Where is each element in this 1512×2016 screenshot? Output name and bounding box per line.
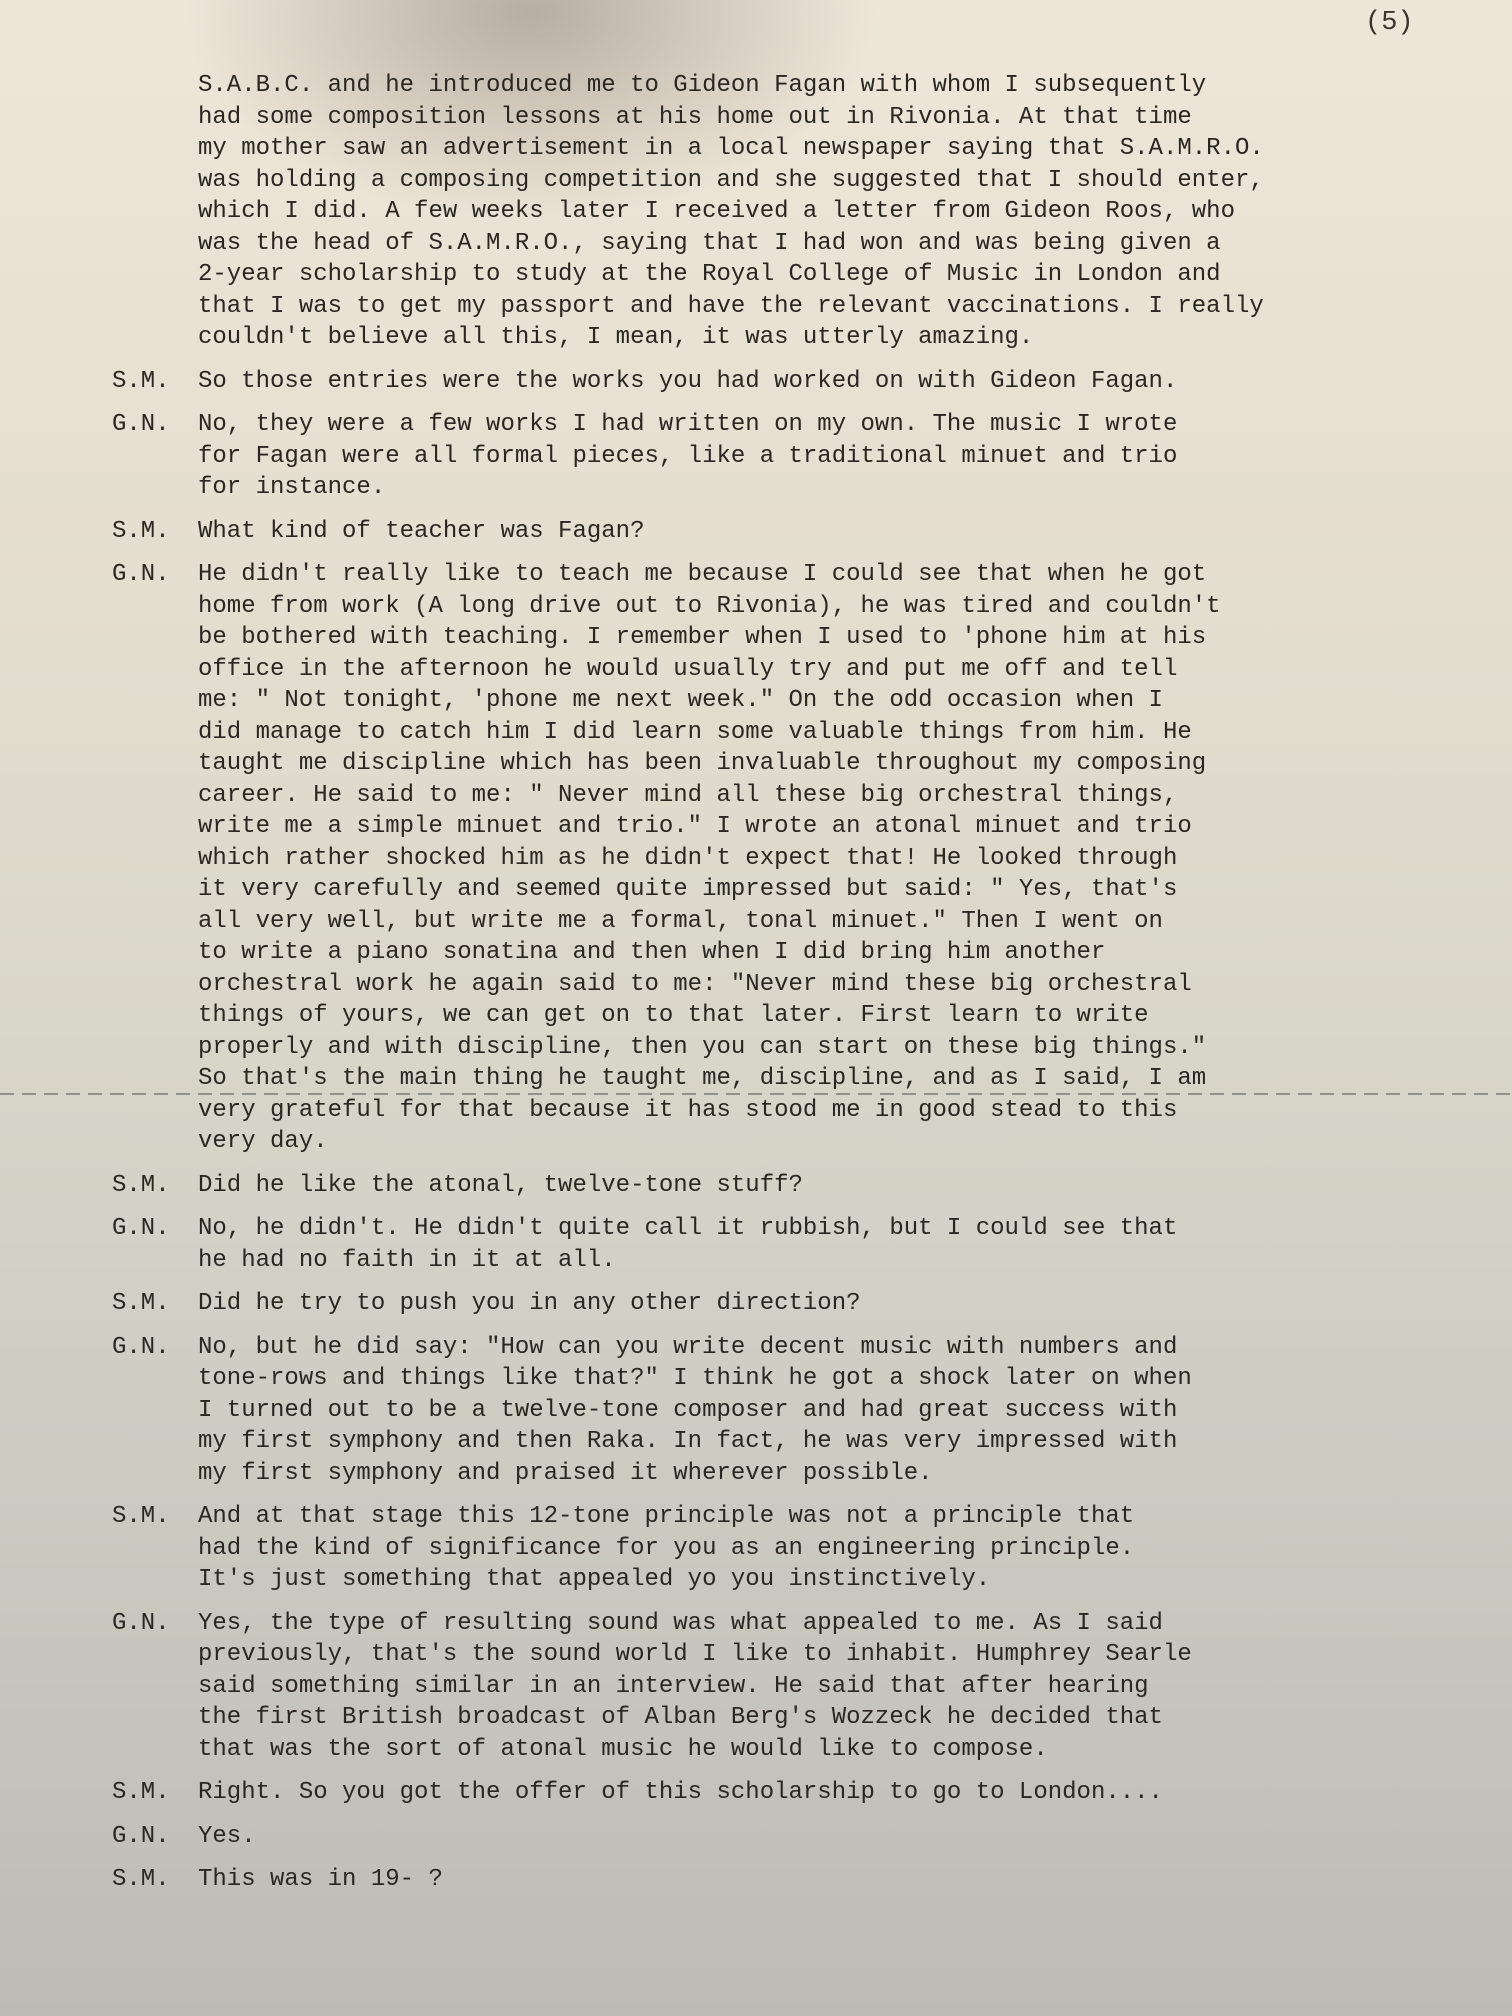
speaker-label: S.M. — [112, 516, 198, 548]
transcript-entry: S.M.And at that stage this 12-tone princ… — [112, 1501, 1452, 1596]
speaker-label: S.M. — [112, 1288, 198, 1320]
entry-text: What kind of teacher was Fagan? — [198, 516, 644, 548]
speaker-label: G.N. — [112, 1821, 198, 1853]
speaker-label: G.N. — [112, 1332, 198, 1490]
transcript-entry: G.N.He didn't really like to teach me be… — [112, 559, 1452, 1158]
transcript-entry: S.M.Did he try to push you in any other … — [112, 1288, 1452, 1320]
entry-text: S.A.B.C. and he introduced me to Gideon … — [198, 70, 1264, 354]
speaker-label: S.M. — [112, 1170, 198, 1202]
transcript-entry: S.M.So those entries were the works you … — [112, 366, 1452, 398]
transcript-entry: G.N.Yes, the type of resulting sound was… — [112, 1608, 1452, 1766]
transcript-entry: S.M.Did he like the atonal, twelve-tone … — [112, 1170, 1452, 1202]
page-number: (5) — [1365, 8, 1414, 38]
speaker-label: G.N. — [112, 559, 198, 1158]
transcript-entry: G.N.Yes. — [112, 1821, 1452, 1853]
entry-text: No, they were a few works I had written … — [198, 409, 1177, 504]
transcript-entry: S.M.Right. So you got the offer of this … — [112, 1777, 1452, 1809]
transcript: S.A.B.C. and he introduced me to Gideon … — [112, 70, 1452, 1908]
entry-text: And at that stage this 12-tone principle… — [198, 1501, 1134, 1596]
entry-text: No, he didn't. He didn't quite call it r… — [198, 1213, 1177, 1276]
entry-text: Did he try to push you in any other dire… — [198, 1288, 861, 1320]
entry-text: Yes. — [198, 1821, 256, 1853]
speaker-label: G.N. — [112, 409, 198, 504]
transcript-entry: G.N.No, but he did say: "How can you wri… — [112, 1332, 1452, 1490]
entry-text: Did he like the atonal, twelve-tone stuf… — [198, 1170, 803, 1202]
entry-text: No, but he did say: "How can you write d… — [198, 1332, 1192, 1490]
speaker-label: S.M. — [112, 1864, 198, 1896]
entry-text: He didn't really like to teach me becaus… — [198, 559, 1221, 1158]
transcript-entry: S.M.What kind of teacher was Fagan? — [112, 516, 1452, 548]
entry-text: So those entries were the works you had … — [198, 366, 1177, 398]
entry-text: Yes, the type of resulting sound was wha… — [198, 1608, 1192, 1766]
speaker-label: S.M. — [112, 1777, 198, 1809]
speaker-label: S.M. — [112, 366, 198, 398]
transcript-entry: G.N.No, they were a few works I had writ… — [112, 409, 1452, 504]
speaker-label: G.N. — [112, 1213, 198, 1276]
transcript-entry: S.A.B.C. and he introduced me to Gideon … — [112, 70, 1452, 354]
speaker-label: G.N. — [112, 1608, 198, 1766]
entry-text: This was in 19- ? — [198, 1864, 443, 1896]
speaker-label: S.M. — [112, 1501, 198, 1596]
entry-text: Right. So you got the offer of this scho… — [198, 1777, 1163, 1809]
transcript-entry: G.N.No, he didn't. He didn't quite call … — [112, 1213, 1452, 1276]
transcript-entry: S.M.This was in 19- ? — [112, 1864, 1452, 1896]
